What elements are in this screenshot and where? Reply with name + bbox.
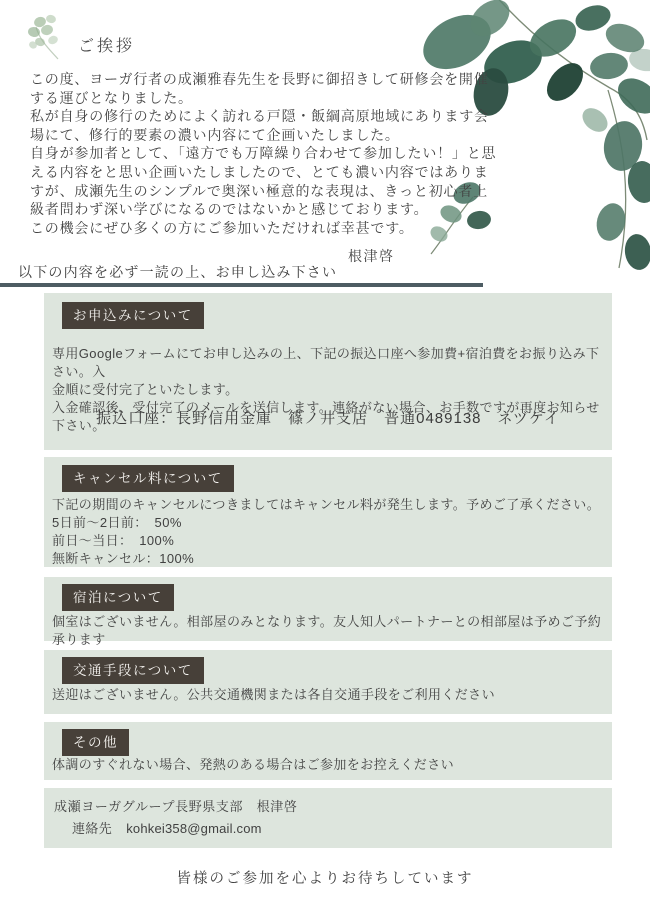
flyer-page: ご挨拶 この度、ヨーガ行者の成瀬雅春先生を長野に御招きして研修会を開催 する運び… [0, 0, 650, 919]
section-title: お申込みについて [62, 302, 204, 329]
section-title: キャンセル料について [62, 465, 234, 492]
greeting-paragraph: この度、ヨーガ行者の成瀬雅春先生を長野に御招きして研修会を開催 する運びとなりま… [30, 70, 530, 237]
section-title: 宿泊について [62, 584, 174, 611]
section-body: 下記の期間のキャンセルにつきましてはキャンセル料が発生します。予めご了承ください… [52, 496, 604, 568]
section-panel-other: その他 体調のすぐれない場合、発熱のある場合はご参加をお控えください [44, 722, 612, 780]
section-panel-cancellation: キャンセル料について 下記の期間のキャンセルにつきましてはキャンセル料が発生しま… [44, 457, 612, 567]
section-body: 個室はございません。相部屋のみとなります。友人知人パートナーとの相部屋は予めご予… [52, 613, 604, 649]
contact-label: 連絡先 [72, 821, 112, 836]
signature-name: 根津啓 [348, 246, 395, 266]
section-panel-application: お申込みについて 専用Googleフォームにてお申し込みの上、下記の振込口座へ参… [44, 293, 612, 450]
contact-email: kohkei358@gmail.com [126, 821, 262, 836]
contact-panel: 成瀬ヨーガグループ長野県支部 根津啓 連絡先kohkei358@gmail.co… [44, 788, 612, 848]
section-title: その他 [62, 729, 129, 756]
notice-line: 以下の内容を必ず一読の上、お申し込み下さい [18, 262, 337, 282]
section-panel-lodging: 宿泊について 個室はございません。相部屋のみとなります。友人知人パートナーとの相… [44, 577, 612, 641]
section-panel-transport: 交通手段について 送迎はございません。公共交通機関または各自交通手段をご利用くだ… [44, 650, 612, 714]
greeting-header: ご挨拶 [26, 12, 135, 62]
closing-line: 皆様のご参加を心よりお待ちしています [0, 867, 650, 888]
contact-info-line: 連絡先kohkei358@gmail.com [72, 818, 262, 837]
greeting-heading: ご挨拶 [78, 19, 135, 56]
leaf-sprig-icon [26, 12, 70, 62]
section-title: 交通手段について [62, 657, 204, 684]
section-body: 送迎はございません。公共交通機関または各自交通手段をご利用ください [52, 686, 604, 704]
contact-org-line: 成瀬ヨーガグループ長野県支部 根津啓 [54, 796, 298, 815]
bank-account-line: 振込口座：長野信用金庫 篠ノ井支店 普通0489138 ネヅケイ [44, 407, 612, 428]
divider-rule [0, 283, 483, 287]
section-body: 体調のすぐれない場合、発熱のある場合はご参加をお控えください [52, 756, 604, 774]
